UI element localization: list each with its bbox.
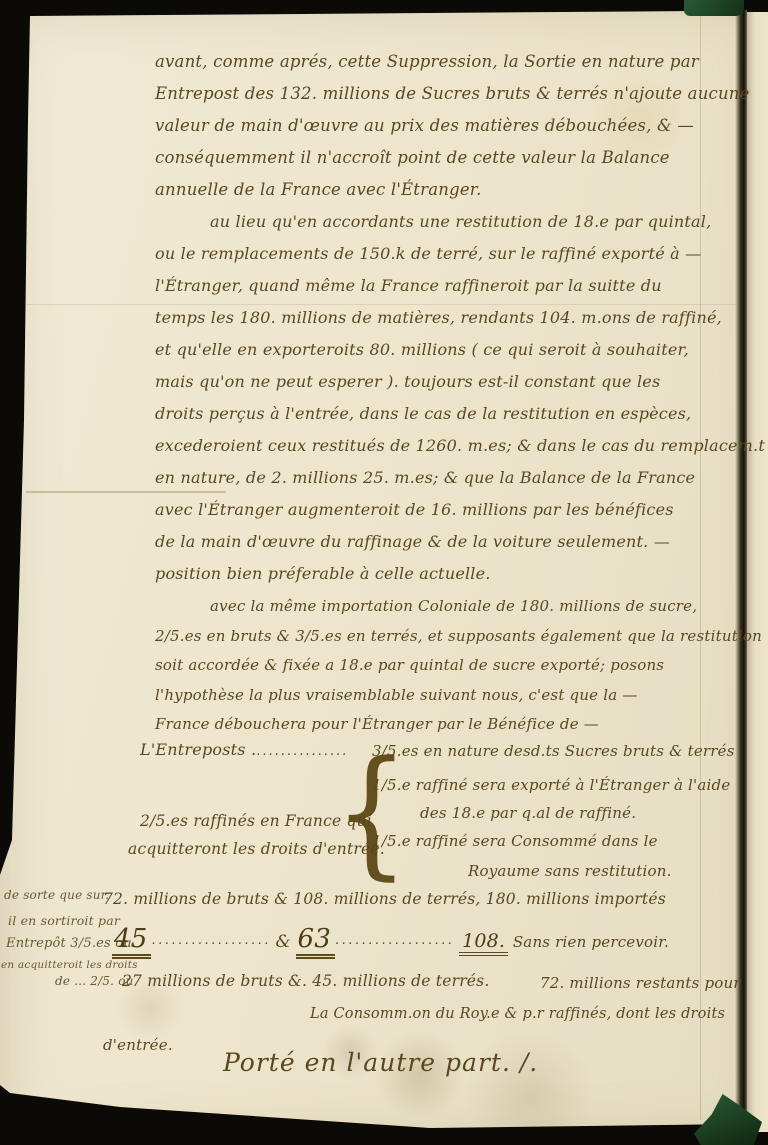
bookmark-ribbon-icon — [684, 0, 744, 16]
manuscript-line: de la main d'œuvre du raffinage & de la … — [155, 526, 765, 558]
margin-note: il en sortiroit par — [8, 913, 120, 928]
manuscript-line: soit accordée & fixée a 18.e par quintal… — [155, 651, 762, 681]
paragraph-2: au lieu qu'en accordants une restitution… — [155, 206, 765, 590]
manuscript-line: France débouchera pour l'Étranger par le… — [155, 710, 762, 740]
manuscript-line: avant, comme aprés, cette Suppression, l… — [155, 46, 750, 78]
paragraph-1: avant, comme aprés, cette Suppression, l… — [155, 46, 750, 206]
totals-row-remainder-right: 72. millions restants pour — [540, 974, 741, 992]
manuscript-line: mais qu'on ne peut esperer ). toujours e… — [155, 366, 765, 398]
entrepot-line: L'Entreposts ................ — [140, 740, 348, 759]
manuscript-line: l'hypothèse la plus vraisemblable suivan… — [155, 681, 762, 711]
totals-row-exports: 45.................. & 63...............… — [112, 924, 669, 954]
carried-forward-note: Porté en l'autre part. /. — [223, 1048, 538, 1077]
manuscript-line: conséquemment il n'accroît point de cett… — [155, 142, 750, 174]
brace-left-label: 2/5.es raffinés en France qui — [140, 812, 372, 830]
manuscript-line: temps les 180. millions de matières, ren… — [155, 302, 765, 334]
dotted-leader: .................. — [151, 933, 270, 948]
manuscript-line: annuelle de la France avec l'Étranger. — [155, 174, 750, 206]
manuscript-line: droits perçus à l'entrée, dans le cas de… — [155, 398, 765, 430]
entrepot-label: L'Entreposts . — [140, 740, 256, 759]
manuscript-line: avec l'Étranger augmenteroit de 16. mill… — [155, 494, 765, 526]
brace-item: 3/5.es en nature desd.ts Sucres bruts & … — [372, 742, 735, 760]
margin-note: en acquitteroit les droits — [1, 959, 138, 971]
manuscript-line: et qu'elle en exporteroits 80. millions … — [155, 334, 765, 366]
dotted-leader: .................. — [335, 933, 454, 948]
manuscript-line: ou le remplacements de 150.k de terré, s… — [155, 238, 765, 270]
manuscript-line: avec la même importation Coloniale de 18… — [155, 592, 762, 622]
manuscript-line: l'Étranger, quand même la France raffine… — [155, 270, 765, 302]
brace-item: 1/5.e raffiné sera exporté à l'Étranger … — [372, 776, 730, 794]
total-value-45: 45 — [112, 924, 151, 959]
brace-item: 1/5.e raffiné sera Consommé dans le — [372, 832, 658, 850]
paragraph-3: avec la même importation Coloniale de 18… — [155, 592, 762, 740]
totals-row-remainder: 27 millions de bruts &. 45. millions de … — [122, 972, 489, 990]
totals-row-consumption: La Consomm.on du Roy.e & p.r raffinés, d… — [310, 1006, 725, 1022]
brace-item: Royaume sans restitution. — [468, 862, 672, 880]
totals-row-imports: 72. millions de bruts & 108. millions de… — [103, 890, 666, 908]
manuscript-line: au lieu qu'en accordants une restitution… — [155, 206, 765, 238]
manuscript-line: en nature, de 2. millions 25. m.es; & qu… — [155, 462, 765, 494]
margin-note: de sorte que sur. — [4, 888, 109, 902]
manuscript-line: position bien préferable à celle actuell… — [155, 558, 765, 590]
manuscript-line: 2/5.es en bruts & 3/5.es en terrés, et s… — [155, 622, 762, 652]
total-value-63: 63 — [296, 924, 335, 959]
ampersand: & — [276, 932, 291, 952]
manuscript-line: Entrepost des 132. millions de Sucres br… — [155, 78, 750, 110]
manuscript-line: excederoient ceux restitués de 1260. m.e… — [155, 430, 765, 462]
brace-item: des 18.e par q.al de raffiné. — [420, 804, 636, 822]
totals-row-duty: d'entrée. — [103, 1036, 173, 1054]
photo-background: avant, comme aprés, cette Suppression, l… — [0, 0, 768, 1145]
manuscript-line: valeur de main d'œuvre au prix des matiè… — [155, 110, 750, 142]
brace-left-label: acquitteront les droits d'entrée. — [128, 840, 385, 858]
total-value-108: 108. — [459, 930, 508, 956]
totals-row-suffix: Sans rien percevoir. — [513, 933, 669, 951]
